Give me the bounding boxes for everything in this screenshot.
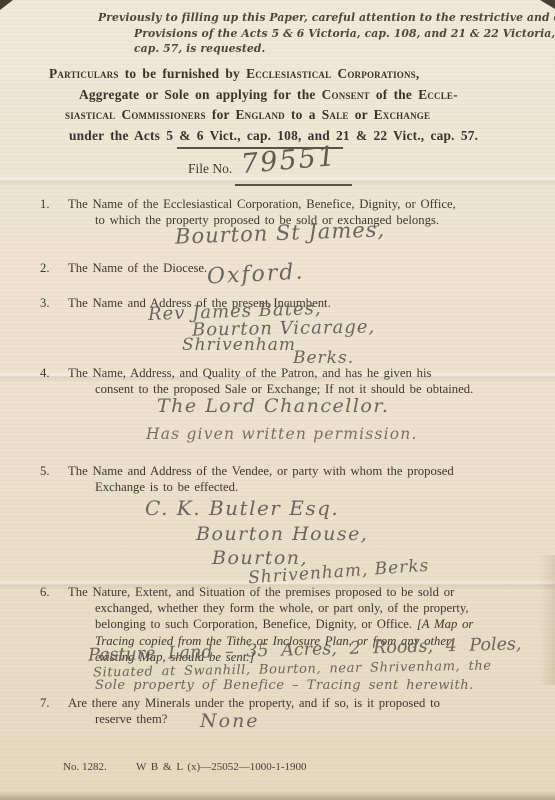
question-text-line: Exchange is to be effected.	[68, 479, 518, 495]
question-number: 6.	[40, 584, 68, 665]
question-7: 7. Are there any Minerals under the prop…	[40, 695, 518, 727]
question-number: 5.	[40, 463, 68, 495]
footer-printer-code: W B & L (x)—25052—1000-1-1900	[136, 761, 307, 773]
file-no-label: File No.	[188, 161, 232, 177]
answer-line: The Lord Chancellor.	[157, 395, 389, 417]
photo-corner-top-right	[540, 0, 555, 9]
preamble-line: Previously to filling up this Paper, car…	[98, 10, 508, 26]
question-number: 3.	[40, 295, 68, 311]
preamble-line: Provisions of the Acts 5 & 6 Victoria, c…	[98, 26, 508, 42]
document-title: Particulars to be furnished by Ecclesias…	[49, 64, 514, 146]
photo-corner-top-left	[0, 0, 13, 10]
preamble-note: Previously to filling up this Paper, car…	[98, 10, 508, 57]
answer-line: Bourton House,	[196, 523, 368, 545]
footer-form-number: No. 1282.	[63, 761, 107, 773]
question-text-line: reserve them?	[68, 711, 518, 727]
answer-line: Has given written permission.	[146, 425, 418, 443]
title-line: Particulars to be furnished by Ecclesias…	[49, 64, 514, 85]
answer-line: None	[200, 710, 260, 732]
paper-edge-shading	[539, 555, 555, 685]
question-text-line: The Name of the Ecclesiastical Corporati…	[68, 196, 518, 212]
question-number: 4.	[40, 365, 68, 397]
question-number: 7.	[40, 695, 68, 727]
document-page: Previously to filling up this Paper, car…	[0, 0, 555, 800]
title-line: under the Acts 5 & 6 Vict., cap. 108, an…	[49, 126, 514, 147]
question-4: 4. The Name, Address, and Quality of the…	[40, 365, 518, 397]
question-text-line: The Name, Address, and Quality of the Pa…	[68, 365, 518, 381]
file-no-underline	[235, 184, 352, 186]
question-5: 5. The Name and Address of the Vendee, o…	[40, 463, 518, 495]
question-text-line: exchanged, whether they form the whole, …	[68, 600, 518, 616]
answer-line: Oxford.	[206, 259, 305, 289]
question-text-line: belonging to such Corporation, Benefice,…	[68, 616, 518, 632]
preamble-line: cap. 57, is requested.	[98, 41, 508, 57]
answer-line: Shrivenham	[182, 335, 296, 355]
title-line: Aggregate or Sole on applying for the Co…	[49, 85, 514, 106]
answer-line: Sole property of Benefice – Tracing sent…	[95, 678, 474, 693]
question-text-line: Are there any Minerals under the propert…	[68, 695, 518, 711]
paper-bottom-shadow	[0, 791, 555, 800]
answer-line: C. K. Butler Esq.	[145, 496, 339, 520]
question-number: 1.	[40, 196, 68, 228]
title-line: siastical Commissioners for England to a…	[49, 105, 514, 126]
question-text-line: The Name and Address of the Vendee, or p…	[68, 463, 518, 479]
question-text-line: The Nature, Extent, and Situation of the…	[68, 584, 518, 600]
question-number: 2.	[40, 260, 68, 276]
